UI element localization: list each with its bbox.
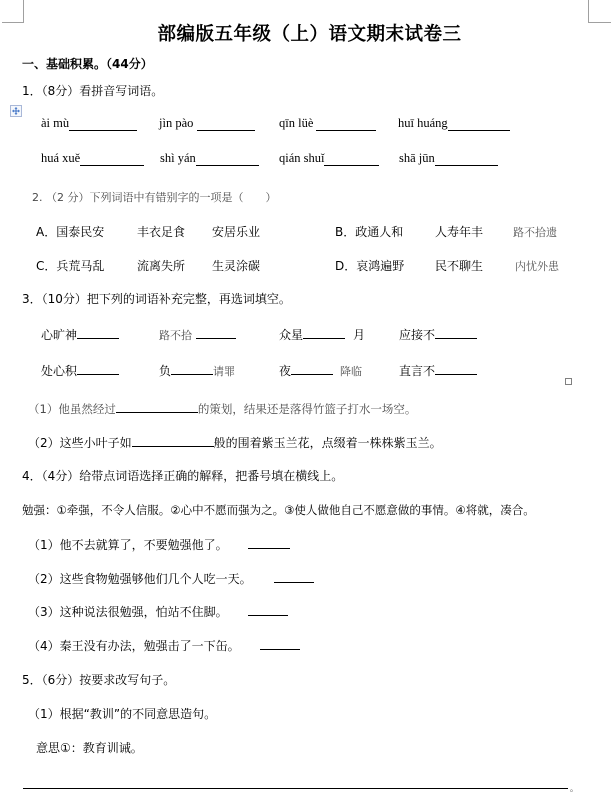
section-heading: 一、基础积累。（44分） (22, 55, 153, 72)
pinyin-text: jìn pào (159, 116, 193, 131)
option-word: 内忧外患 (515, 258, 559, 274)
paragraph-end-marker (565, 378, 572, 385)
option-word: 兵荒马乱 (56, 259, 104, 273)
idiom-prefix: 处心积 (41, 364, 77, 378)
sentence-suffix: 的策划，结果还是落得竹篮子打水一场空。 (198, 402, 417, 416)
idiom-fill-item: 处心积 (41, 362, 119, 379)
idiom-suffix: 请罪 (213, 365, 235, 378)
item-text: （1）他不去就算了，不要勉强他了。 (28, 538, 228, 552)
pinyin-item: huá xuě (41, 151, 144, 166)
answer-blank[interactable] (303, 326, 345, 339)
answer-blank[interactable] (435, 153, 498, 166)
definitions-text: 勉强：①牵强，不令人信服。②心中不愿而强为之。③使人做他自己不愿意做的事情。④将… (22, 502, 535, 518)
option-letter: C． (36, 259, 56, 273)
option-word: 安居乐业 (212, 223, 260, 240)
question-4-label: 4．（4分）给带点词语选择正确的解释，把番号填在横线上。 (22, 467, 343, 484)
option-word: 哀鸿遍野 (356, 259, 404, 273)
answer-blank[interactable] (435, 362, 477, 375)
item-text: （2）这些食物勉强够他们几个人吃一天。 (28, 572, 252, 586)
option-b[interactable]: B．政通人和 (335, 223, 403, 240)
q4-item: （3）这种说法很勉强，怕站不住脚。 (28, 603, 288, 620)
pinyin-text: huī huáng (398, 116, 448, 131)
idiom-fill-item: 夜降临 (279, 362, 362, 379)
answer-blank[interactable] (196, 326, 236, 339)
idiom-prefix: 路不拾 (159, 329, 192, 342)
pinyin-text: qīn lüè (279, 116, 313, 131)
option-letter: D． (335, 259, 356, 273)
q5-subquestion-1: （1）根据“教训”的不同意思造句。 (28, 705, 216, 722)
option-letter: B． (335, 225, 355, 239)
option-d[interactable]: D．哀鸿遍野 (335, 257, 404, 274)
pinyin-item: shì yán (160, 151, 259, 166)
answer-blank[interactable] (69, 118, 137, 131)
pinyin-text: qián shuǐ (279, 151, 324, 166)
answer-blank[interactable] (316, 118, 376, 131)
option-word: 流离失所 (137, 257, 185, 274)
idiom-suffix: 降临 (340, 365, 362, 378)
question-5-label: 5．（6分）按要求改写句子。 (22, 671, 175, 688)
idiom-prefix: 夜 (279, 364, 291, 378)
q4-item: （1）他不去就算了，不要勉强他了。 (28, 536, 290, 553)
pinyin-text: shā jūn (399, 151, 435, 166)
idiom-prefix: 负 (159, 364, 171, 378)
question-1-label: 1．（8分）看拼音写词语。 (22, 82, 163, 99)
pinyin-item: shā jūn (399, 151, 498, 166)
option-word: 国泰民安 (56, 225, 104, 239)
pinyin-text: huá xuě (41, 151, 80, 166)
idiom-fill-item: 负请罪 (159, 362, 235, 379)
pinyin-item: ài mù (41, 116, 137, 131)
item-text: （3）这种说法很勉强，怕站不住脚。 (28, 605, 228, 619)
option-word: 路不拾遗 (513, 224, 557, 240)
sentence-end-mark: 。 (570, 783, 578, 794)
option-c[interactable]: C．兵荒马乱 (36, 257, 104, 274)
idiom-fill-item: 应接不 (399, 326, 477, 343)
pinyin-text: shì yán (160, 151, 196, 166)
idiom-prefix: 直言不 (399, 364, 435, 378)
table-move-handle[interactable] (10, 105, 22, 117)
answer-blank[interactable] (80, 153, 144, 166)
idiom-fill-item: 众星月 (279, 326, 365, 343)
sentence-suffix: 般的围着紫玉兰花，点缀着一株株紫玉兰。 (214, 436, 442, 450)
idiom-prefix: 心旷神 (41, 328, 77, 342)
answer-blank[interactable] (197, 118, 255, 131)
answer-blank[interactable] (196, 153, 259, 166)
sentence-prefix: （1）他虽然经过 (28, 402, 116, 416)
answer-blank[interactable] (324, 153, 379, 166)
pinyin-text: ài mù (41, 116, 69, 131)
idiom-fill-item: 心旷神 (41, 326, 119, 343)
question-3-label: 3．（10分）把下列的词语补充完整，再选词填空。 (22, 290, 291, 307)
answer-blank[interactable] (291, 362, 333, 375)
fill-sentence-2: （2）这些小叶子如般的围着紫玉兰花，点缀着一株株紫玉兰。 (28, 434, 442, 451)
move-arrows-icon (12, 107, 20, 115)
answer-blank[interactable] (260, 637, 300, 650)
pinyin-item: qián shuǐ (279, 151, 379, 166)
answer-blank[interactable] (77, 362, 119, 375)
answer-blank[interactable] (116, 400, 198, 413)
idiom-prefix: 众星 (279, 328, 303, 342)
meaning-1: 意思①：教育训诫。 (36, 739, 143, 756)
answer-blank[interactable] (132, 434, 214, 447)
answer-blank[interactable] (435, 326, 477, 339)
q4-item: （4）秦王没有办法，勉强击了一下缶。 (28, 637, 300, 654)
answer-blank[interactable] (274, 570, 314, 583)
question-2-label: 2. （2 分）下列词语中有错别字的一项是（ ） (32, 189, 277, 205)
option-a[interactable]: A．国泰民安 (36, 223, 104, 240)
idiom-prefix: 应接不 (399, 328, 435, 342)
pinyin-item: jìn pào (159, 116, 255, 131)
pinyin-item: qīn lüè (279, 116, 376, 131)
idiom-fill-item: 直言不 (399, 362, 477, 379)
document-title: 部编版五年级（上）语文期末试卷三 (0, 20, 613, 46)
answer-line[interactable] (23, 788, 568, 789)
answer-blank[interactable] (448, 118, 510, 131)
option-word: 政通人和 (355, 225, 403, 239)
answer-blank[interactable] (248, 536, 290, 549)
option-word: 丰衣足食 (137, 223, 185, 240)
option-word: 民不聊生 (435, 257, 483, 274)
item-text: （4）秦王没有办法，勉强击了一下缶。 (28, 639, 240, 653)
fill-sentence-1: （1）他虽然经过的策划，结果还是落得竹篮子打水一场空。 (28, 400, 416, 417)
q4-item: （2）这些食物勉强够他们几个人吃一天。 (28, 570, 314, 587)
sentence-prefix: （2）这些小叶子如 (28, 436, 132, 450)
answer-blank[interactable] (248, 603, 288, 616)
idiom-fill-item: 路不拾 (159, 326, 236, 343)
option-letter: A． (36, 225, 56, 239)
option-word: 生灵涂碳 (212, 257, 260, 274)
idiom-suffix: 月 (353, 328, 365, 342)
answer-blank[interactable] (77, 326, 119, 339)
option-word: 人寿年丰 (435, 223, 483, 240)
answer-blank[interactable] (171, 362, 213, 375)
pinyin-item: huī huáng (398, 116, 510, 131)
